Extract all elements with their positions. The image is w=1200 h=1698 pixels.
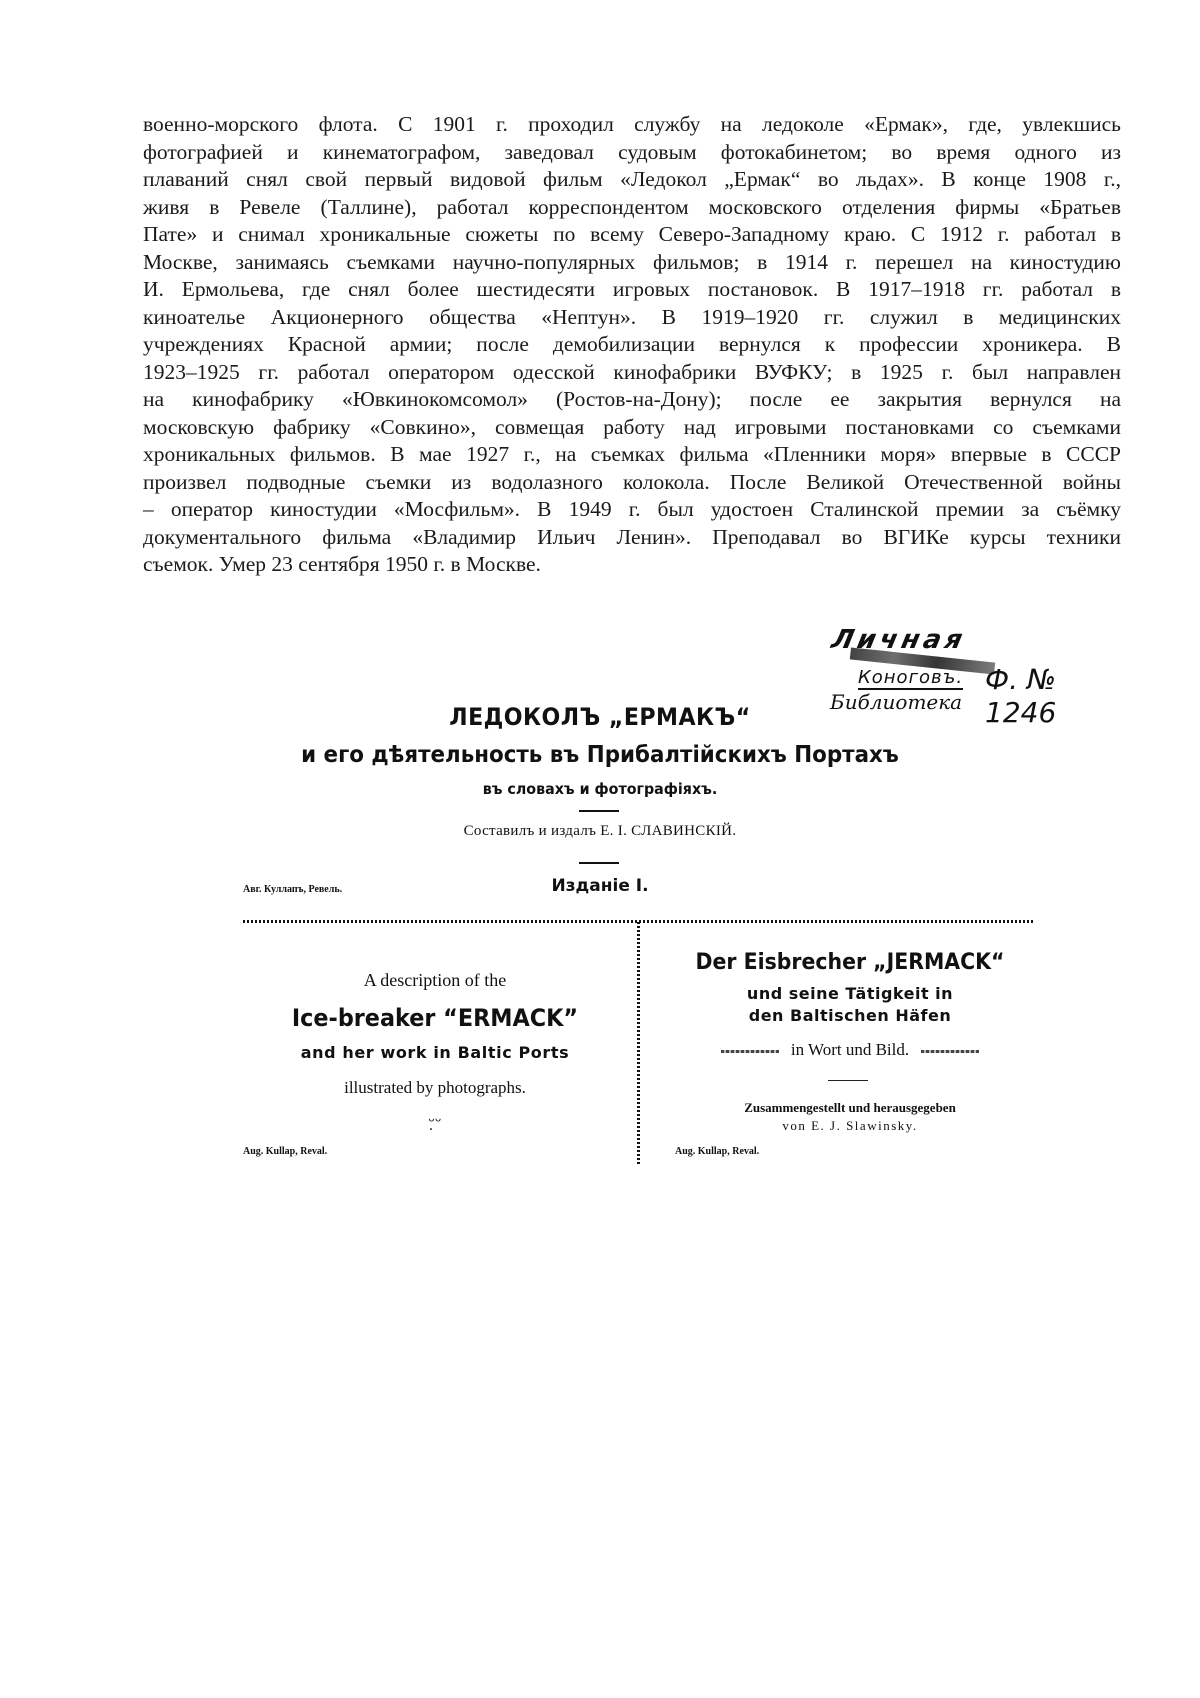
- document-page: военно-морского флота. С 1901 г. проходи…: [0, 0, 1200, 1698]
- dotted-divider-vertical: [637, 922, 640, 1165]
- scanned-title-page: Личная Коноговъ. Ф. № 1246 Библиотека ЛЕ…: [0, 0, 1200, 1698]
- german-column: Der Eisbrecher „JERMACK“ und seine Tätig…: [655, 0, 1045, 1200]
- de-line-2: und seine Tätigkeit in: [655, 984, 1045, 1003]
- english-column: A description of the Ice-breaker “ERMACK…: [250, 0, 620, 1200]
- de-title: Der Eisbrecher „JERMACK“: [669, 950, 1032, 975]
- printer-de: Aug. Kullap, Reval.: [675, 1146, 759, 1157]
- en-title: Ice-breaker “ERMACK”: [263, 1004, 607, 1032]
- de-line-4: in Wort und Bild.: [655, 1040, 1045, 1060]
- ornament-icon: ᵕ̣ᵕ: [250, 1112, 620, 1131]
- en-line-1: A description of the: [250, 970, 620, 991]
- de-line-6: von E. J. Slawinsky.: [655, 1118, 1045, 1134]
- printer-en: Aug. Kullap, Reval.: [243, 1146, 327, 1157]
- en-line-4: illustrated by photographs.: [250, 1078, 620, 1098]
- decorative-dash: [921, 1050, 979, 1053]
- de-line-3: den Baltischen Häfen: [655, 1006, 1045, 1025]
- de-line-4-text: in Wort und Bild.: [791, 1040, 909, 1059]
- decorative-dash: [721, 1050, 779, 1053]
- en-line-3: and her work in Baltic Ports: [250, 1043, 620, 1062]
- de-line-5: Zusammengestellt und herausgegeben: [655, 1100, 1045, 1116]
- divider-rule: [828, 1080, 868, 1081]
